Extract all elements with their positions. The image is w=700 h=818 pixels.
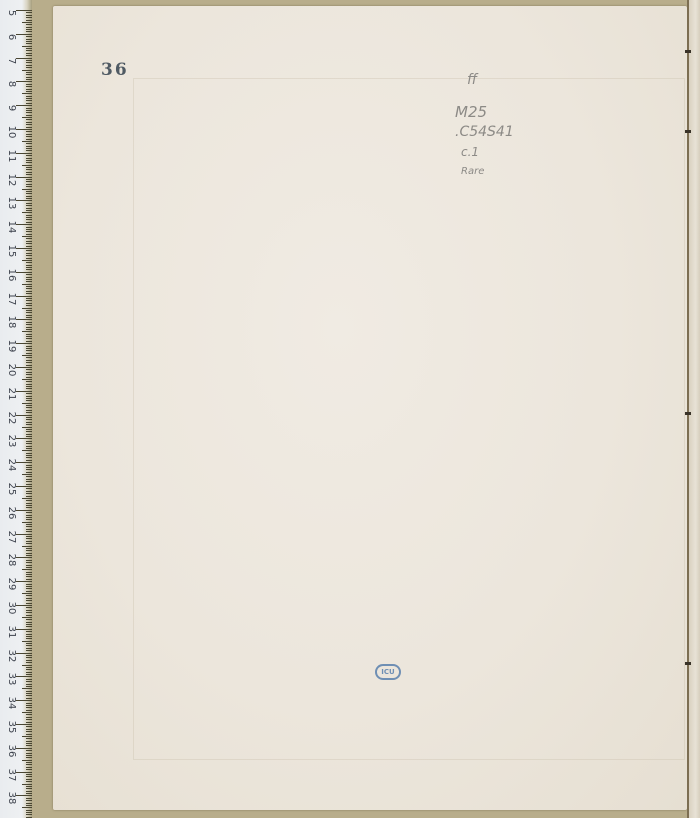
ruler-label: 30 [6, 599, 16, 617]
ruler-tick [16, 177, 32, 178]
library-stamp: ICU [375, 664, 401, 680]
binding-staple [685, 412, 691, 415]
ruler-label: 25 [6, 480, 16, 498]
ruler-tick [22, 70, 32, 71]
ruler-label: 9 [6, 99, 16, 117]
ruler-tick [22, 807, 32, 808]
ruler-tick [16, 438, 32, 439]
ruler-tick [22, 450, 32, 451]
ruler-tick [16, 700, 32, 701]
ruler-label: 6 [6, 28, 16, 46]
ruler-label: 34 [6, 694, 16, 712]
ruler-tick [16, 795, 32, 796]
ruler-tick [16, 296, 32, 297]
ruler-tick [22, 141, 32, 142]
ruler-tick [16, 581, 32, 582]
ruler-tick [16, 629, 32, 630]
ruler-tick [22, 569, 32, 570]
ruler-tick [16, 248, 32, 249]
ruler-tick [22, 93, 32, 94]
ruler-tick [22, 355, 32, 356]
ruler-tick [22, 522, 32, 523]
ruler-tick [16, 10, 32, 11]
ruler-tick [16, 415, 32, 416]
ruler-tick [22, 331, 32, 332]
ruler-tick [22, 117, 32, 118]
ruler-tick [16, 129, 32, 130]
ruler-tick [16, 58, 32, 59]
ruler-tick [22, 498, 32, 499]
ruler-label: 22 [6, 409, 16, 427]
ruler-tick [22, 760, 32, 761]
ruler-label: 16 [6, 266, 16, 284]
ruler-tick [22, 403, 32, 404]
ruler-tick [16, 510, 32, 511]
ruler-label: 7 [6, 52, 16, 70]
ruler-label: 17 [6, 290, 16, 308]
ruler-tick [22, 236, 32, 237]
ruler-label: 18 [6, 313, 16, 331]
ruler-tick [16, 486, 32, 487]
ruler-tick [16, 200, 32, 201]
ruler-tick [16, 676, 32, 677]
pencil-note-copy: c.1 [461, 142, 514, 162]
pencil-note-class: M25 [455, 102, 514, 122]
ruler-tick [22, 427, 32, 428]
ruler-tick [22, 46, 32, 47]
binding-edge [687, 0, 700, 818]
ruler-tick [16, 105, 32, 106]
ruler-tick [16, 153, 32, 154]
ruler-tick [22, 474, 32, 475]
ruler-label: 26 [6, 504, 16, 522]
ruler-label: 13 [6, 194, 16, 212]
ruler-tick [22, 308, 32, 309]
ruler-tick [16, 391, 32, 392]
ruler-tick [22, 284, 32, 285]
ruler-label: 29 [6, 575, 16, 593]
ruler-tick [22, 688, 32, 689]
ruler-tick [22, 641, 32, 642]
ruler-tick [16, 319, 32, 320]
binding-staple [685, 50, 691, 53]
ruler-tick [16, 557, 32, 558]
ruler-tick [22, 546, 32, 547]
ruler-tick [16, 653, 32, 654]
ruler-label: 20 [6, 361, 16, 379]
ruler-tick [22, 22, 32, 23]
ruler-label: 19 [6, 337, 16, 355]
ruler-tick [22, 617, 32, 618]
pencil-note-location: Rare [461, 162, 514, 182]
ruler-tick [16, 534, 32, 535]
ruler-label: 33 [6, 670, 16, 688]
ruler-tick [22, 665, 32, 666]
binding-staple [685, 662, 691, 665]
binding-staple [685, 130, 691, 133]
ruler-tick [22, 165, 32, 166]
ruler-label: 36 [6, 742, 16, 760]
plate-mark [133, 78, 685, 760]
ruler-tick [16, 34, 32, 35]
ruler-tick [16, 81, 32, 82]
ruler-tick [16, 605, 32, 606]
ruler-label: 27 [6, 528, 16, 546]
ruler-label: 14 [6, 218, 16, 236]
ruler-tick [22, 736, 32, 737]
ruler-tick [16, 748, 32, 749]
ruler-tick [16, 724, 32, 725]
ruler-tick [22, 260, 32, 261]
ruler-label: 32 [6, 647, 16, 665]
ruler-tick [16, 367, 32, 368]
ruler-label: 5 [6, 4, 16, 22]
ruler-label: 21 [6, 385, 16, 403]
measuring-ruler: 5678910111213141516171819202122232425262… [0, 0, 33, 818]
ruler-tick [22, 784, 32, 785]
ruler-tick [16, 224, 32, 225]
call-number-annotation: ff M25 .C54S41 c.1 Rare [455, 70, 514, 182]
pencil-note-cutter: .C54S41 [455, 122, 514, 142]
ruler-tick [22, 593, 32, 594]
ruler-tick [16, 462, 32, 463]
ruler-label: 28 [6, 551, 16, 569]
ruler-tick [16, 772, 32, 773]
document-page: 36 ff M25 .C54S41 c.1 Rare ICU [53, 6, 687, 810]
ruler-tick [16, 343, 32, 344]
ruler-tick [22, 189, 32, 190]
page-number: 36 [101, 60, 129, 80]
ruler-tick [22, 379, 32, 380]
ruler-label: 12 [6, 171, 16, 189]
ruler-label: 11 [6, 147, 16, 165]
ruler-label: 37 [6, 766, 16, 784]
ruler-tick [16, 272, 32, 273]
ruler-label: 10 [6, 123, 16, 141]
pencil-note-ff: ff [467, 70, 514, 90]
ruler-label: 15 [6, 242, 16, 260]
ruler-label: 31 [6, 623, 16, 641]
ruler-tick [22, 212, 32, 213]
ruler-label: 24 [6, 456, 16, 474]
ruler-label: 23 [6, 432, 16, 450]
ruler-tick [22, 712, 32, 713]
ruler-label: 38 [6, 789, 16, 807]
ruler-label: 8 [6, 75, 16, 93]
ruler-label: 35 [6, 718, 16, 736]
